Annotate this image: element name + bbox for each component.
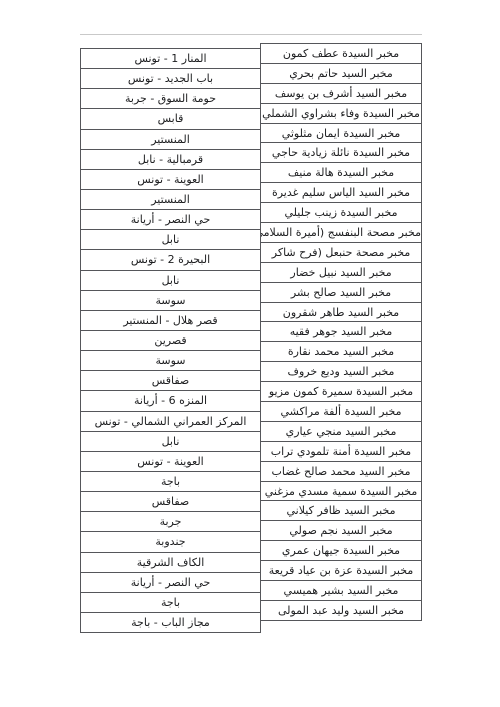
location-cell: باب الجديد - تونس [80, 69, 261, 89]
lab-name-cell: مخبر السيد محمد نقارة [260, 342, 422, 362]
location-cell: المنار 1 - تونس [80, 49, 261, 69]
location-cell: جندوبة [80, 532, 261, 552]
location-cell: حي النصر - أريانة [80, 210, 261, 230]
location-cell: الكاف الشرقية [80, 553, 261, 573]
lab-name-cell: مخبر السيدة جيهان عمري [260, 541, 422, 561]
location-cell: حومة السوق - جربة [80, 89, 261, 109]
locations-column: المنار 1 - تونسباب الجديد - تونسحومة الس… [80, 48, 261, 633]
location-cell: صفاقس [80, 371, 261, 391]
scan-artifact-line [80, 34, 422, 35]
location-cell: قابس [80, 109, 261, 129]
location-cell: العوينة - تونس [80, 170, 261, 190]
location-cell: قصر هلال - المنستير [80, 311, 261, 331]
location-cell: نابل [80, 230, 261, 250]
location-cell: العوينة - تونس [80, 452, 261, 472]
lab-name-cell: مخبر السيد منجي عياري [260, 422, 422, 442]
lab-name-cell: مخبر السيد حاتم بحري [260, 64, 422, 84]
lab-name-cell: مخبر السيدة عزة بن عياد قريعة [260, 561, 422, 581]
lab-name-cell: مخبر السيد صالح بشر [260, 283, 422, 303]
lab-name-cell: مخبر السيدة هالة منيف [260, 163, 422, 183]
location-cell: صفاقس [80, 492, 261, 512]
lab-name-cell: مخبر مصحة حنبعل (فرح شاكر [260, 243, 422, 263]
lab-name-cell: مخبر السيد جوهر فقيه [260, 322, 422, 342]
location-cell: سوسة [80, 351, 261, 371]
location-cell: نابل [80, 432, 261, 452]
lab-name-cell: مخبر السيدة سميرة كمون مزيو [260, 382, 422, 402]
lab-name-cell: مخبر السيد الياس سليم غديرة [260, 183, 422, 203]
lab-name-cell: مخبر السيد نبيل خضار [260, 263, 422, 283]
lab-name-cell: مخبر السيدة زينب جليلي [260, 203, 422, 223]
location-cell: باجة [80, 472, 261, 492]
lab-name-cell: مخبر السيد وديع خروف [260, 362, 422, 382]
lab-name-cell: مخبر السيد نجم صولي [260, 521, 422, 541]
location-cell: المنستير [80, 190, 261, 210]
location-cell: جربة [80, 512, 261, 532]
lab-name-cell: مخبر السيدة سمية مسدي مزغني [260, 482, 422, 502]
lab-name-cell: مخبر السيدة ايمان مثلوثي [260, 124, 422, 144]
location-cell: مجاز الباب - باجة [80, 613, 261, 633]
location-cell: قصرين [80, 331, 261, 351]
location-cell: البحيرة 2 - تونس [80, 250, 261, 270]
lab-name-cell: مخبر السيدة ألفة مراكشي [260, 402, 422, 422]
location-cell: المنزه 6 - أريانة [80, 391, 261, 411]
lab-name-cell: مخبر السيدة وفاء بشراوي الشملي [260, 104, 422, 124]
location-cell: المركز العمراني الشمالي - تونس [80, 412, 261, 432]
lab-names-column: مخبر السيدة عطف كمونمخبر السيد حاتم بحري… [260, 43, 422, 621]
location-cell: المنستير [80, 130, 261, 150]
document-page: مخبر السيدة عطف كمونمخبر السيد حاتم بحري… [0, 0, 500, 707]
location-cell: حي النصر - أريانة [80, 573, 261, 593]
lab-name-cell: مخبر السيد محمد صالح غضاب [260, 462, 422, 482]
lab-name-cell: مخبر السيد وليد عبد المولى [260, 601, 422, 621]
location-cell: باجة [80, 593, 261, 613]
location-cell: سوسة [80, 291, 261, 311]
lab-name-cell: مخبر السيد أشرف بن يوسف [260, 84, 422, 104]
lab-name-cell: مخبر مصحة البنفسج (أميرة السلامي [260, 223, 422, 243]
lab-name-cell: مخبر السيد طاهر شقرون [260, 303, 422, 323]
lab-name-cell: مخبر السيد بشير هميسي [260, 581, 422, 601]
lab-name-cell: مخبر السيدة عطف كمون [260, 44, 422, 64]
lab-name-cell: مخبر السيدة أمنة تلمودي تراب [260, 442, 422, 462]
location-cell: قرمبالية - نابل [80, 150, 261, 170]
lab-name-cell: مخبر السيد ظافر كيلاني [260, 501, 422, 521]
location-cell: نابل [80, 271, 261, 291]
lab-name-cell: مخبر السيدة نائلة زيادية حاجي [260, 143, 422, 163]
